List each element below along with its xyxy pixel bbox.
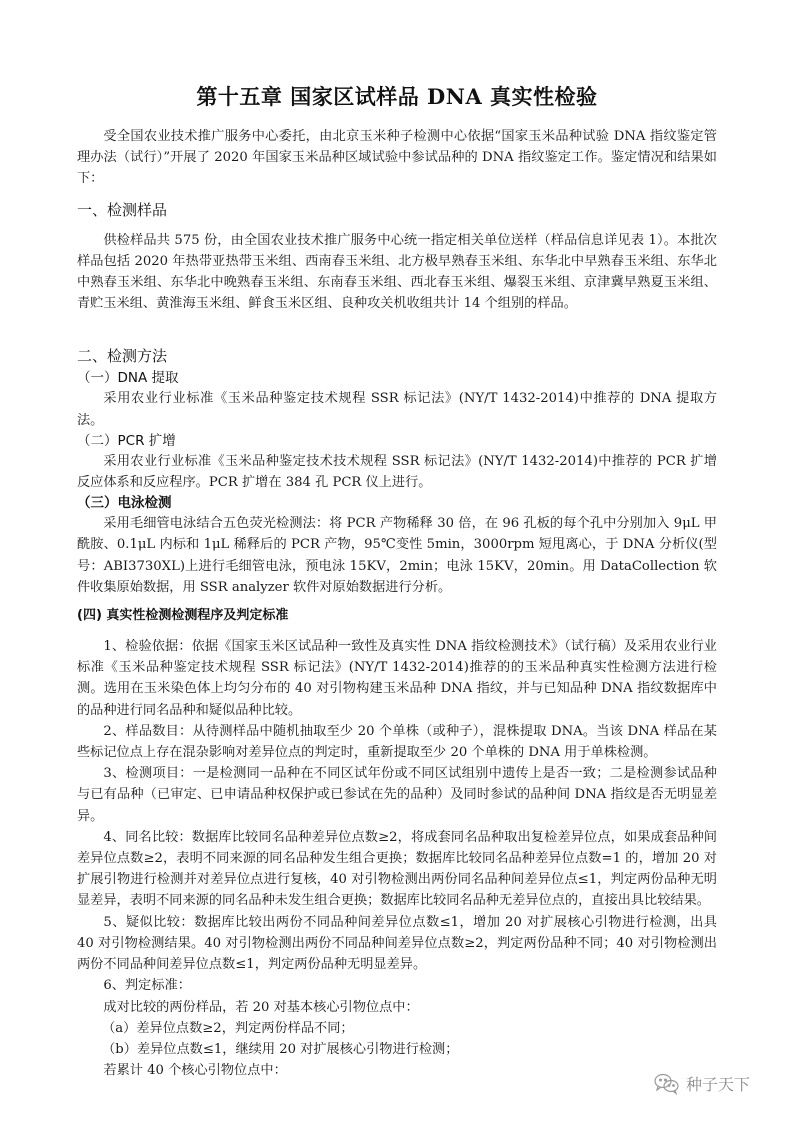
samples-paragraph: 供检样品共 575 份，由全国农业技术推广服务中心统一指定相关单位送样（样品信息… (77, 230, 717, 315)
criteria-item-5: 5、疑似比较：数据库比较出两份不同品种间差异位点数≤1，增加 20 对扩展核心引… (77, 912, 717, 976)
document-page: 第十五章 国家区试样品 DNA 真实性检验 受全国农业技术推广服务中心委托，由北… (77, 82, 717, 1081)
pcr-paragraph: 采用农业行业标准《玉米品种鉴定技术技术规程 SSR 标记法》(NY/T 1432… (77, 451, 717, 493)
subsection-heading-dna-extraction: （一）DNA 提取 (77, 368, 717, 388)
criteria-a: （a）差异位点数≥2，判定两份样品不同； (77, 1018, 717, 1039)
criteria-b: （b）差异位点数≤1，继续用 20 对扩展核心引物进行检测； (77, 1039, 717, 1060)
section-heading-samples: 一、检测样品 (77, 198, 717, 222)
section-heading-methods: 二、检测方法 (77, 344, 717, 368)
electrophoresis-paragraph: 采用毛细管电泳结合五色荧光检测法：将 PCR 产物稀释 30 倍，在 96 孔板… (77, 513, 717, 598)
watermark: 种子天下 (654, 1072, 750, 1095)
criteria-item-4: 4、同名比较：数据库比较同名品种差异位点数≥2，将成套同名品种取出复检差异位点，… (77, 827, 717, 912)
subsection-heading-authenticity: (四) 真实性检测检测程序及判定标准 (77, 606, 717, 626)
intro-paragraph: 受全国农业技术推广服务中心委托，由北京玉米种子检测中心依据“国家玉米品种试验 D… (77, 126, 717, 190)
wechat-icon (654, 1073, 680, 1095)
criteria-item-3: 3、检测项目：一是检测同一品种在不同区试年份或不同区试组别中遗传上是否一致；二是… (77, 763, 717, 827)
chapter-title: 第十五章 国家区试样品 DNA 真实性检验 (77, 82, 717, 112)
spacer (77, 314, 717, 338)
criteria-intro: 成对比较的两份样品，若 20 对基本核心引物位点中： (77, 997, 717, 1018)
criteria-followup: 若累计 40 个核心引物位点中： (77, 1060, 717, 1081)
criteria-item-2: 2、样品数目：从待测样品中随机抽取至少 20 个单株（或种子），混株提取 DNA… (77, 721, 717, 763)
watermark-label: 种子天下 (686, 1072, 750, 1095)
dna-extraction-paragraph: 采用农业行业标准《玉米品种鉴定技术规程 SSR 标记法》(NY/T 1432-2… (77, 388, 717, 430)
criteria-item-1: 1、检验依据：依据《国家玉米区试品种一致性及真实性 DNA 指纹检测技术》（试行… (77, 636, 717, 721)
subsection-heading-electrophoresis: （三）电泳检测 (77, 493, 717, 513)
subsection-heading-pcr: （二）PCR 扩增 (77, 431, 717, 451)
criteria-item-6: 6、判定标准： (77, 975, 717, 996)
